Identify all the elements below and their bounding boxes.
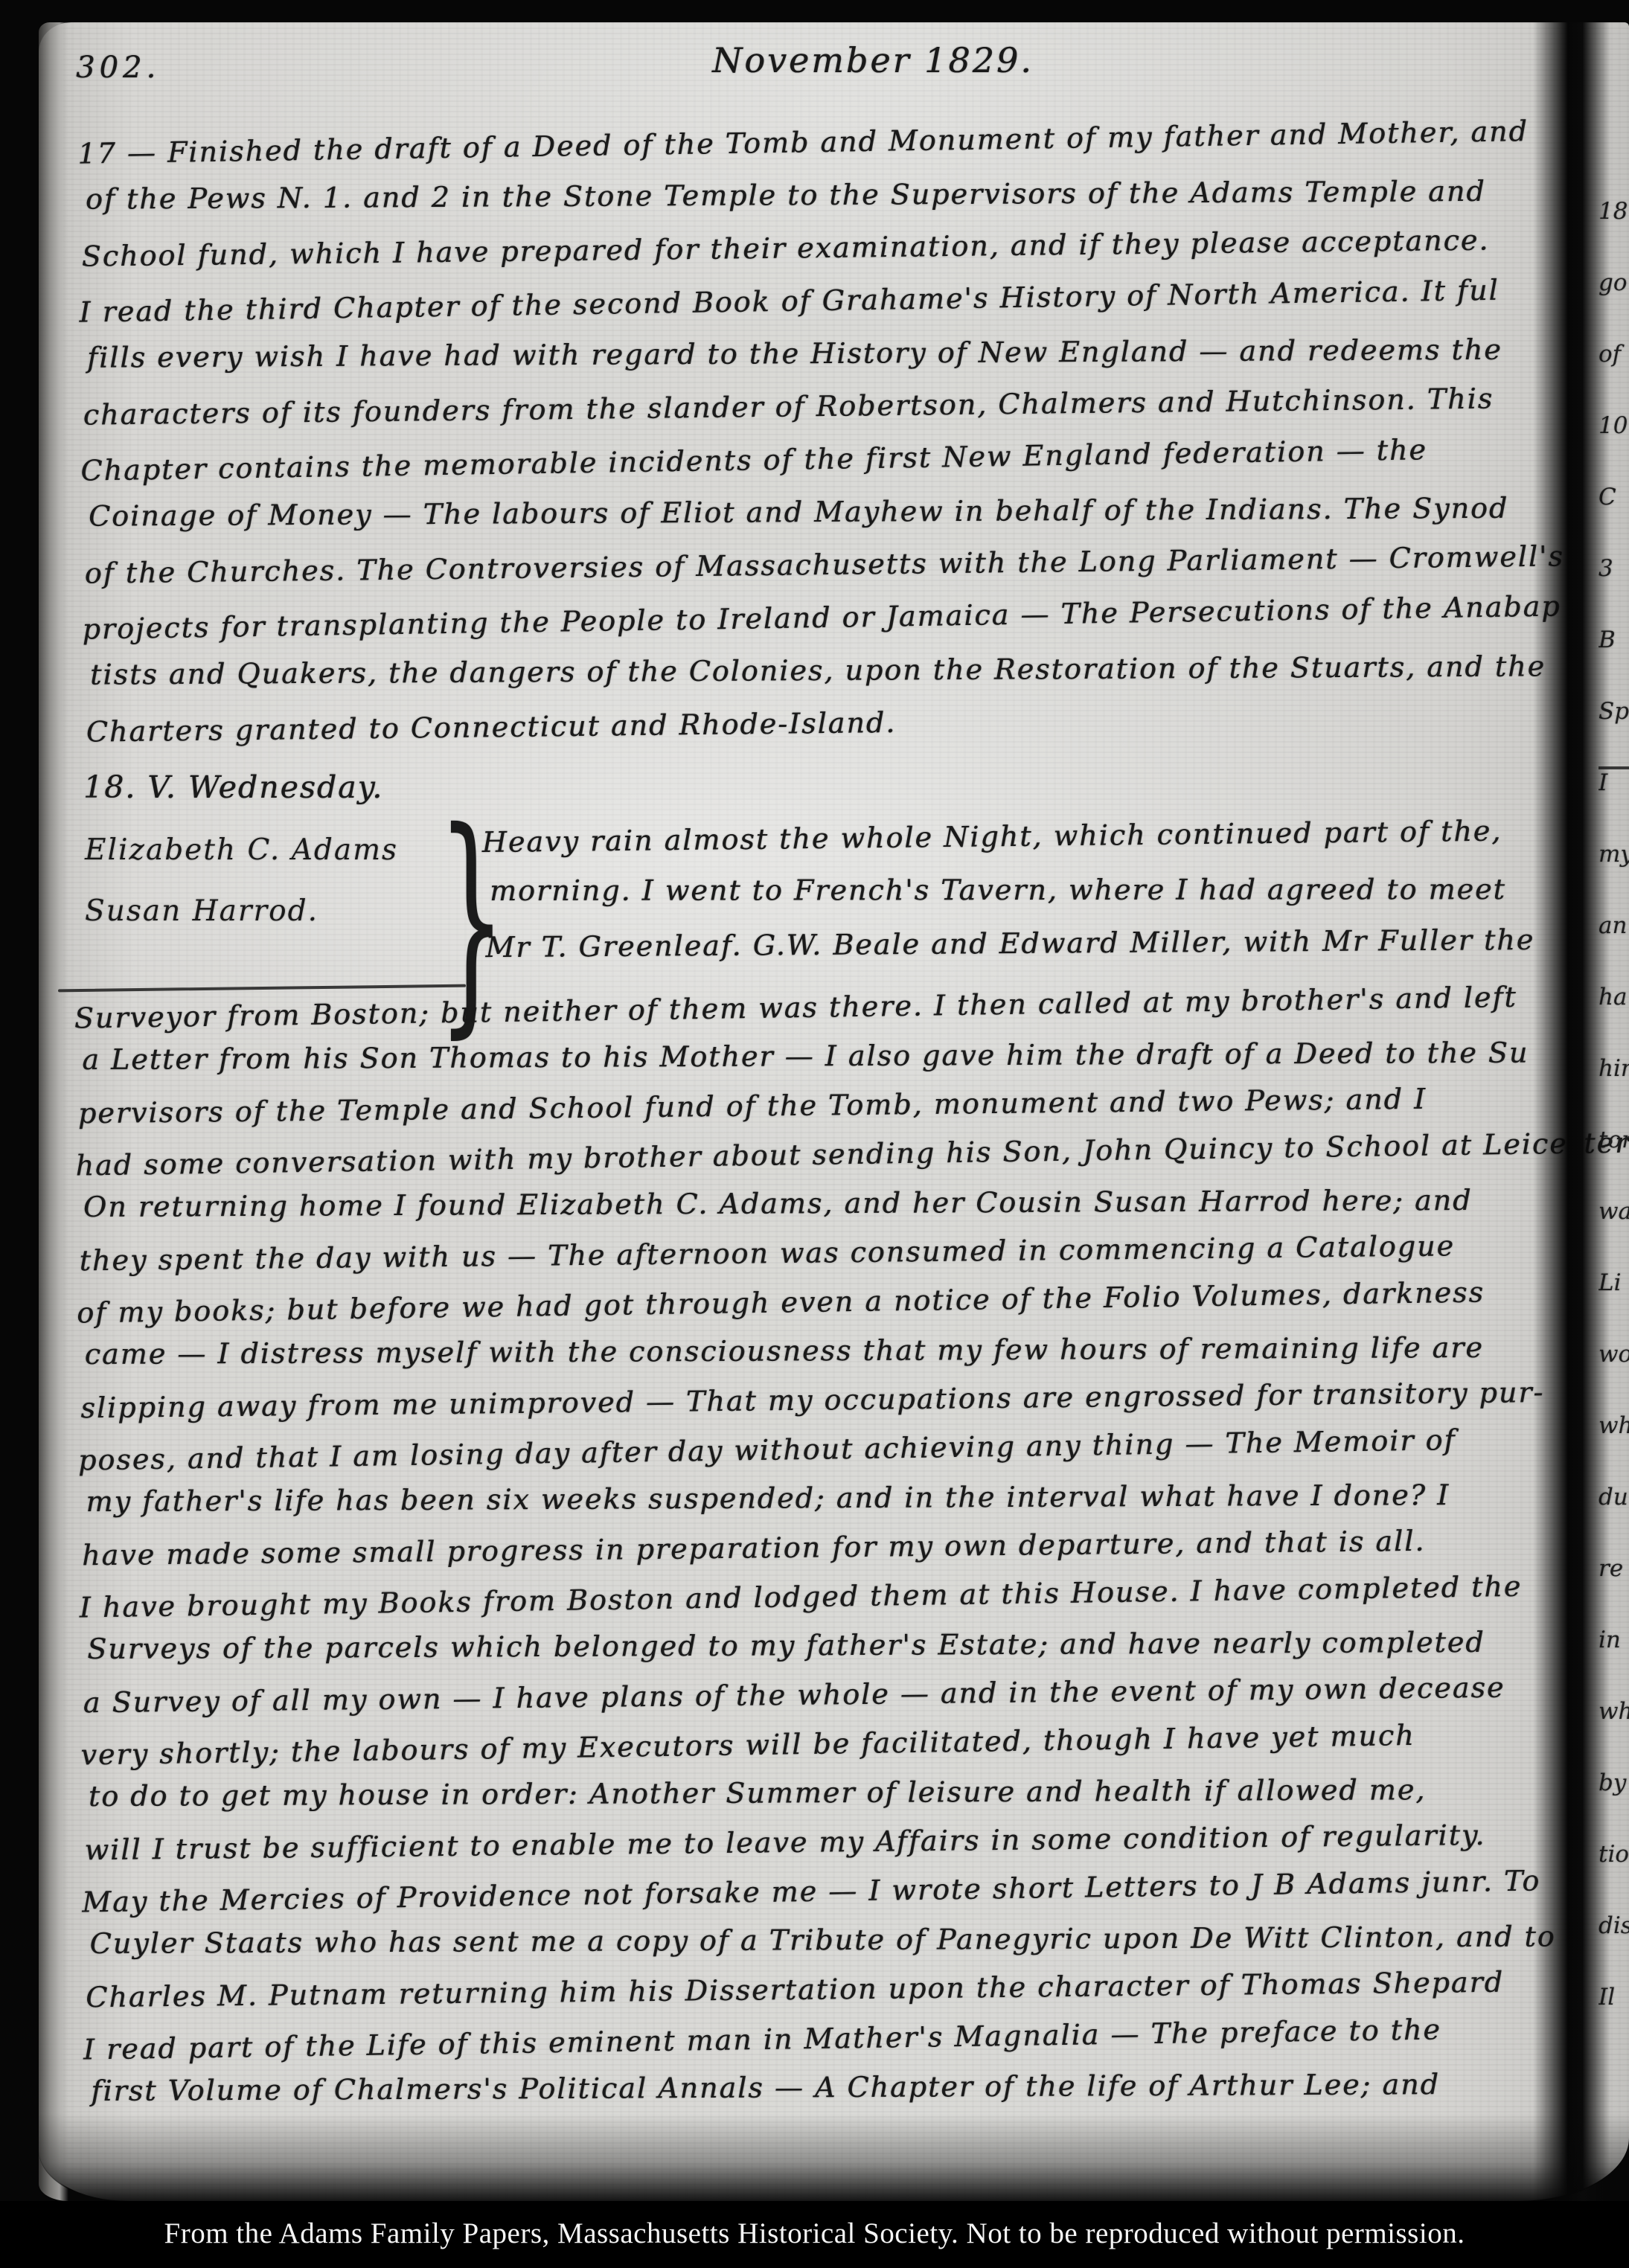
archive-caption: From the Adams Family Papers, Massachuse… xyxy=(0,2201,1629,2267)
bottom-scan-shadow xyxy=(39,2113,1629,2203)
manuscript-line: Mr T. Greenleaf. G.W. Beale and Edward M… xyxy=(485,913,1534,974)
entry-november-18-body: Surveyor from Boston; but neither of the… xyxy=(74,976,1629,2118)
entry-november-17: 17 — Finished the draft of a Deed of the… xyxy=(77,109,1566,757)
book-page-edge xyxy=(39,22,68,2201)
scanned-manuscript: { "scan": { "page_number": "302.", "head… xyxy=(0,0,1629,2268)
entry-november-18-heading: 18. V. Wednesday. xyxy=(83,769,383,805)
margin-name: Susan Harrod. xyxy=(85,881,398,942)
header-date: November 1829. xyxy=(712,40,1034,80)
margin-name: Elizabeth C. Adams xyxy=(85,820,398,881)
margin-visitor-names: Elizabeth C. AdamsSusan Harrod. xyxy=(85,820,398,942)
manuscript-line: morning. I went to French's Tavern, wher… xyxy=(490,862,1534,917)
manuscript-line: first Volume of Chalmers's Political Ann… xyxy=(91,2059,1629,2115)
binding-gutter-shadow xyxy=(1533,22,1610,2201)
manuscript-line: Heavy rain almost the whole Night, which… xyxy=(481,804,1534,869)
entry-november-18-opening: Heavy rain almost the whole Night, which… xyxy=(481,807,1534,973)
page-number: 302. xyxy=(76,51,160,85)
archive-caption-bar: From the Adams Family Papers, Massachuse… xyxy=(0,2201,1629,2268)
manuscript-page: 302. November 1829. 17 — Finished the dr… xyxy=(39,22,1629,2201)
